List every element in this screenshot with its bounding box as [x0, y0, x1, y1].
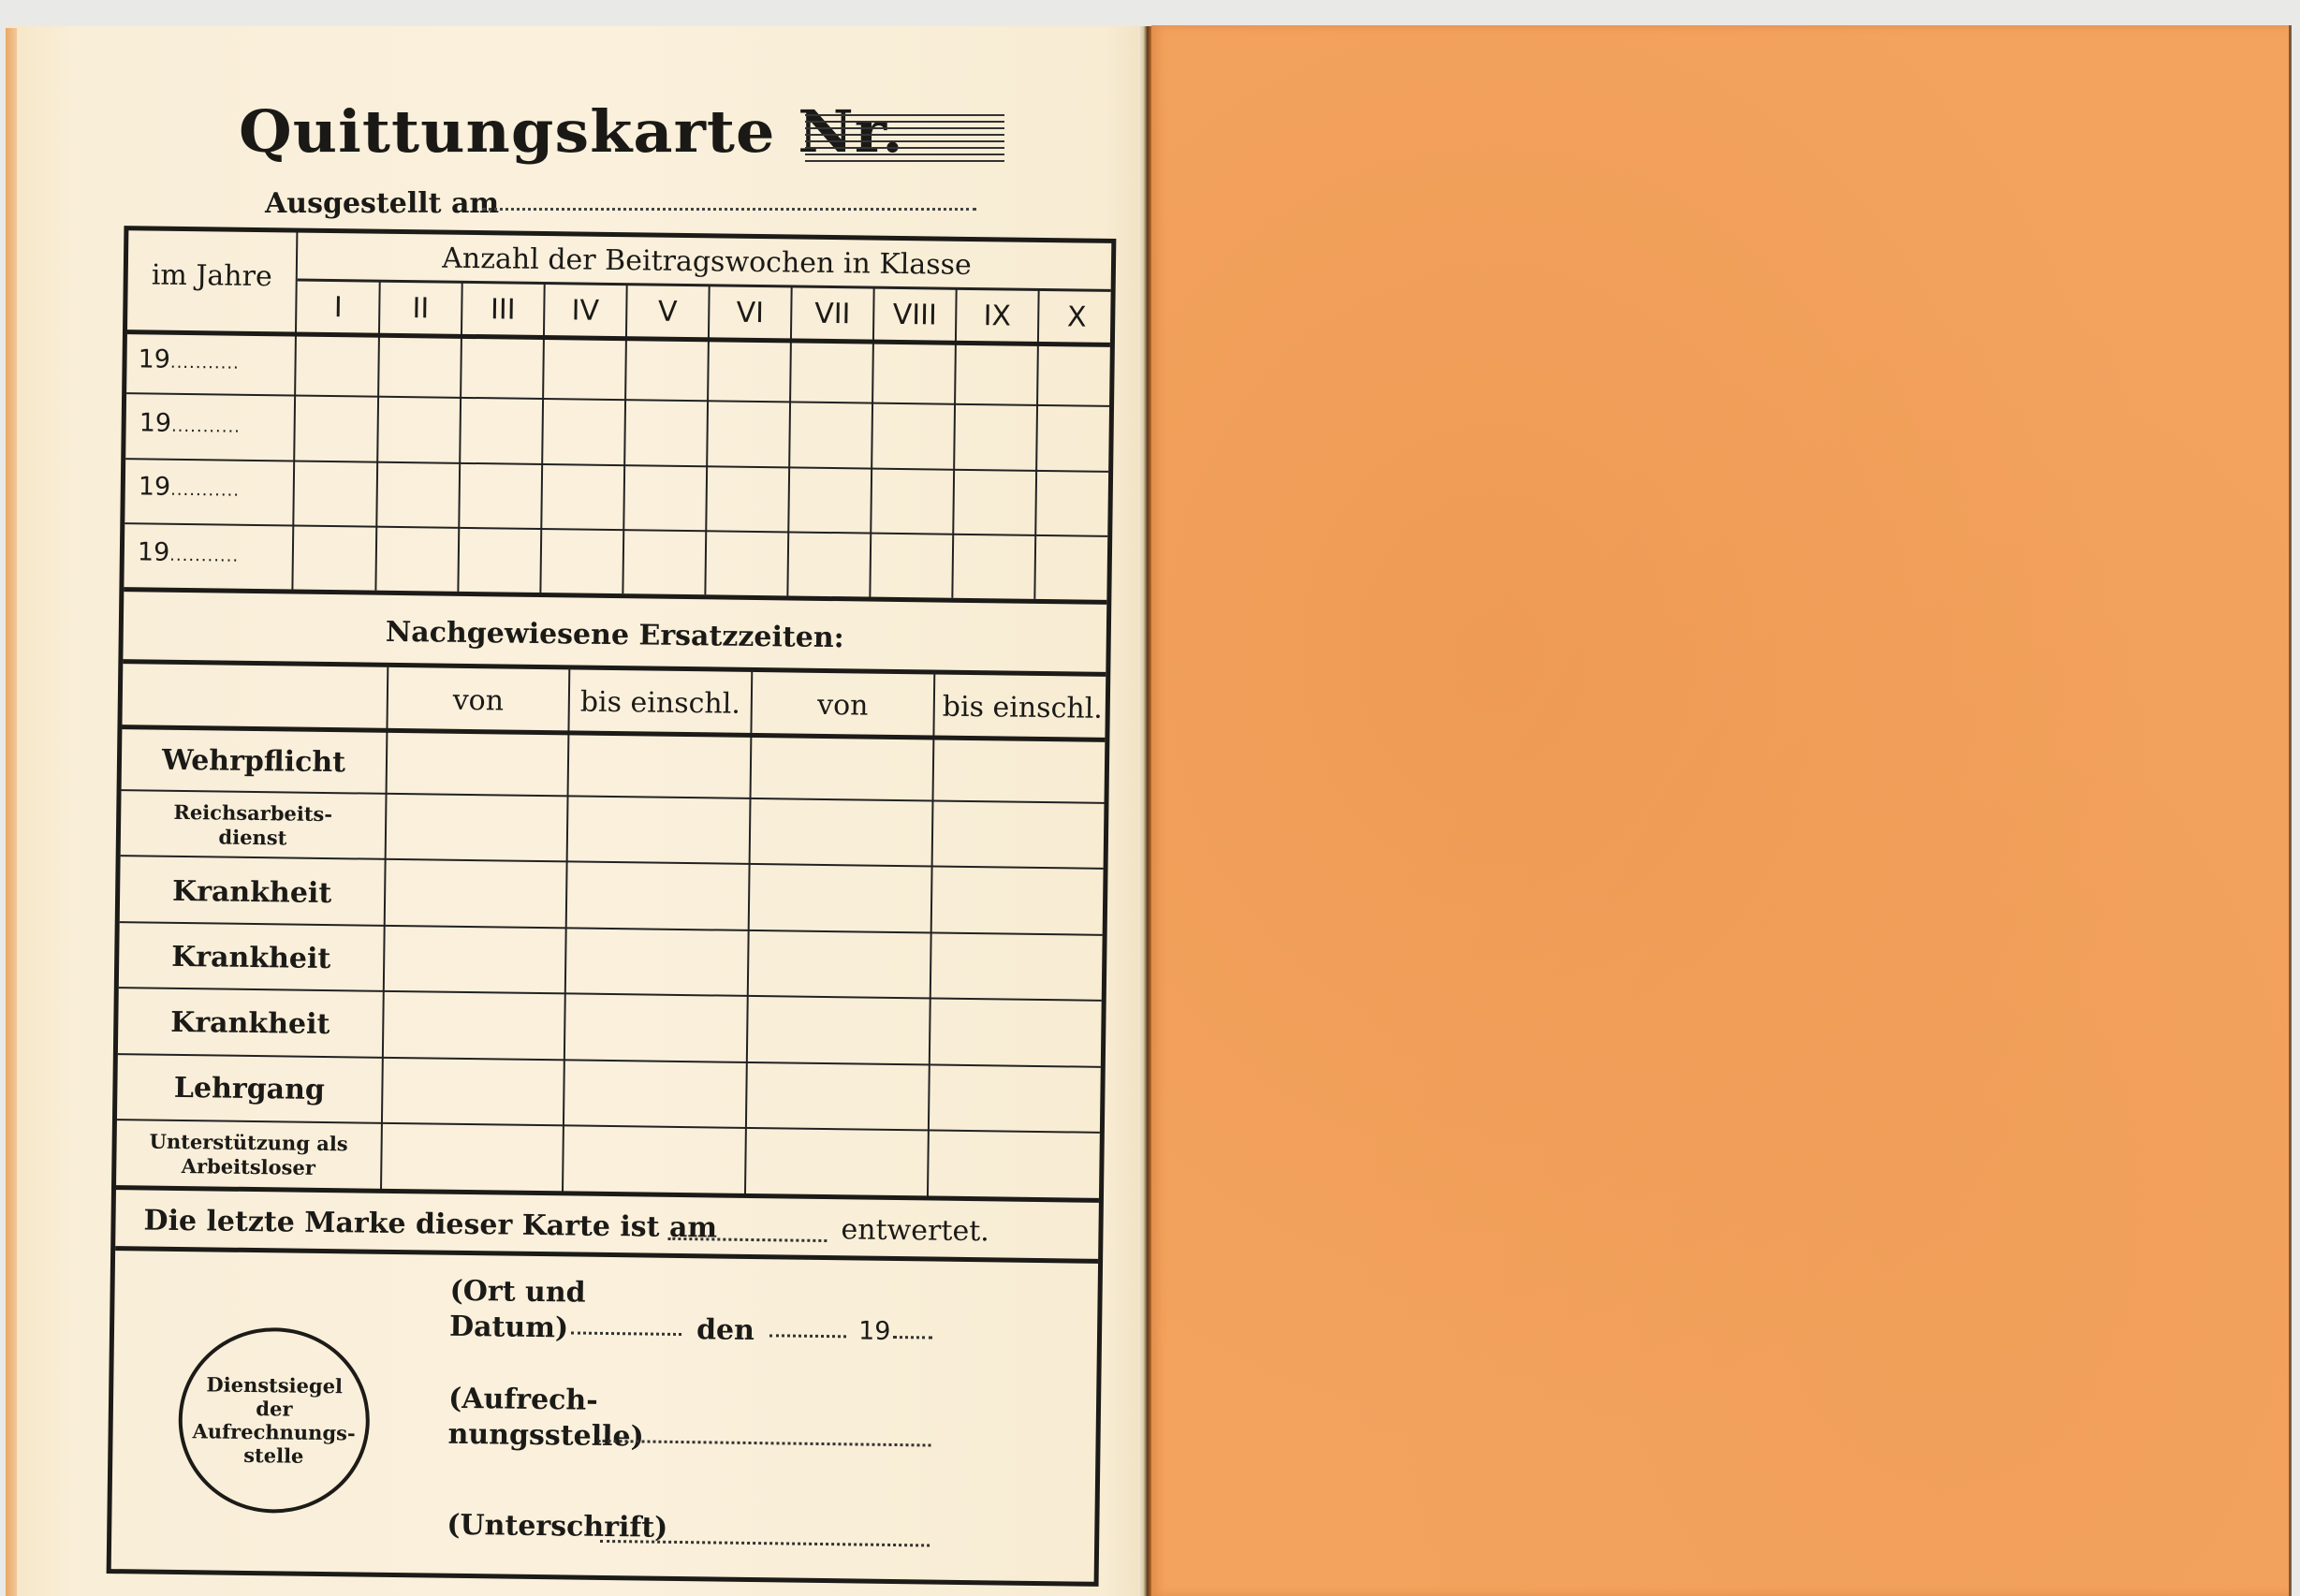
left-page-edge — [6, 28, 17, 1596]
year-row-divider — [126, 392, 1109, 407]
year-label: 19 — [858, 1316, 891, 1345]
right-page-edge — [2289, 25, 2292, 1596]
right-page-orange-cover — [1151, 25, 2291, 1596]
substitute-periods-bottom — [116, 1185, 1099, 1203]
year-column-header: im Jahre — [128, 258, 296, 293]
class-divider — [786, 286, 792, 595]
class-divider — [539, 284, 545, 593]
year-row-3[interactable]: 19........... — [139, 472, 241, 502]
column-bis-1: bis einschl. — [570, 685, 751, 721]
label-line-1: (Aufrech- — [448, 1382, 645, 1420]
year-dots: ........... — [171, 417, 241, 437]
label-line-2: dienst — [121, 824, 385, 852]
class-divider — [951, 289, 957, 598]
period-row-krankheit-1: Krankheit — [120, 874, 384, 911]
label-line-1: (Ort und — [449, 1274, 586, 1311]
period-row-unterstuetzung: Unterstützung alsArbeitsloser — [116, 1129, 381, 1181]
period-divider — [562, 666, 570, 1193]
label-line-1: Unterstützung als — [116, 1129, 380, 1157]
year-prefix: 19 — [138, 537, 170, 566]
column-bis-2: bis einschl. — [935, 691, 1110, 725]
contributions-header-bottom — [127, 329, 1110, 347]
period-row-krankheit-2: Krankheit — [119, 940, 383, 976]
period-divider — [744, 669, 753, 1195]
year-dots: ........... — [170, 480, 240, 501]
year-row-4[interactable]: 19........... — [138, 537, 240, 567]
year-row-1[interactable]: 19........... — [138, 344, 240, 374]
issued-date-field[interactable] — [482, 208, 976, 211]
column-von-1: von — [388, 683, 568, 719]
period-row-reichsarbeitsdienst: Reichsarbeits-dienst — [121, 799, 386, 852]
year-dots: ........... — [169, 546, 239, 566]
period-row-divider — [121, 855, 1104, 870]
last-stamp-bottom — [115, 1246, 1098, 1264]
substitute-periods-title: Nachgewiesene Ersatzzeiten: — [124, 612, 1106, 658]
place-date-label: (Ort undDatum) — [449, 1274, 586, 1347]
class-divider — [869, 288, 874, 597]
class-header-ii: II — [379, 292, 461, 326]
classes-header: Anzahl der Beitragswochen in Klasse — [298, 241, 1116, 284]
year-prefix: 19 — [139, 408, 172, 437]
class-divider — [622, 285, 627, 593]
period-row-lehrgang: Lehrgang — [117, 1071, 381, 1107]
office-label: (Aufrech-nungsstelle) — [447, 1382, 644, 1456]
period-row-wehrpflicht: Wehrpflicht — [122, 743, 386, 780]
period-row-krankheit-3: Krankheit — [118, 1005, 382, 1042]
period-row-divider — [119, 987, 1102, 1002]
office-field[interactable] — [598, 1440, 931, 1447]
place-field[interactable] — [571, 1331, 681, 1336]
class-header-iii: III — [461, 293, 544, 327]
class-divider — [704, 286, 710, 594]
year-row-divider — [125, 522, 1107, 537]
year-row-2[interactable]: 19........... — [139, 408, 242, 438]
substitute-title-bottom — [123, 659, 1106, 677]
class-divider — [457, 283, 462, 592]
den-label: den — [696, 1312, 754, 1349]
class-header-vii: VII — [791, 297, 873, 330]
day-month-field[interactable] — [769, 1334, 846, 1338]
year-prefix: 19 — [138, 344, 170, 373]
class-header-iv: IV — [544, 294, 626, 328]
seal-text: Dienstsiegel der Aufrechnungs- stelle — [192, 1372, 356, 1468]
label-line-2: nungsstelle) — [447, 1417, 644, 1456]
last-stamp-text: Die letzte Marke dieser Karte ist am — [143, 1204, 717, 1244]
year-prefix: 19 — [139, 472, 171, 501]
period-label-divider — [380, 665, 388, 1191]
class-header-v: V — [626, 295, 709, 329]
period-header-bottom — [122, 725, 1105, 742]
period-divider — [927, 671, 935, 1197]
receipt-card-form: im Jahre Anzahl der Beitragswochen in Kl… — [107, 226, 1117, 1587]
class-divider — [1033, 290, 1039, 599]
class-divider — [374, 282, 380, 591]
issued-label: Ausgestellt am — [265, 187, 499, 220]
official-seal-circle: Dienstsiegel der Aufrechnungs- stelle — [177, 1326, 371, 1515]
booklet-spine — [1138, 26, 1151, 1596]
label-line-2: Datum) — [449, 1310, 586, 1347]
contributions-bottom — [124, 587, 1106, 605]
class-header-x: X — [1038, 300, 1115, 334]
class-header-viii: VIII — [873, 299, 956, 332]
period-row-divider — [118, 1053, 1101, 1068]
year-field[interactable] — [893, 1336, 932, 1340]
period-row-divider — [120, 921, 1103, 936]
class-header-vi: VI — [709, 296, 791, 329]
label-line-2: Arbeitsloser — [116, 1153, 380, 1181]
year-row-divider — [125, 458, 1108, 473]
class-header-i: I — [297, 291, 379, 325]
label-line-1: Reichsarbeits- — [121, 799, 385, 827]
last-stamp-suffix: entwertet. — [841, 1213, 989, 1248]
class-header-ix: IX — [956, 300, 1038, 333]
column-von-2: von — [753, 688, 933, 724]
year-dots: ........... — [170, 353, 240, 373]
card-number-field[interactable] — [805, 114, 1004, 163]
